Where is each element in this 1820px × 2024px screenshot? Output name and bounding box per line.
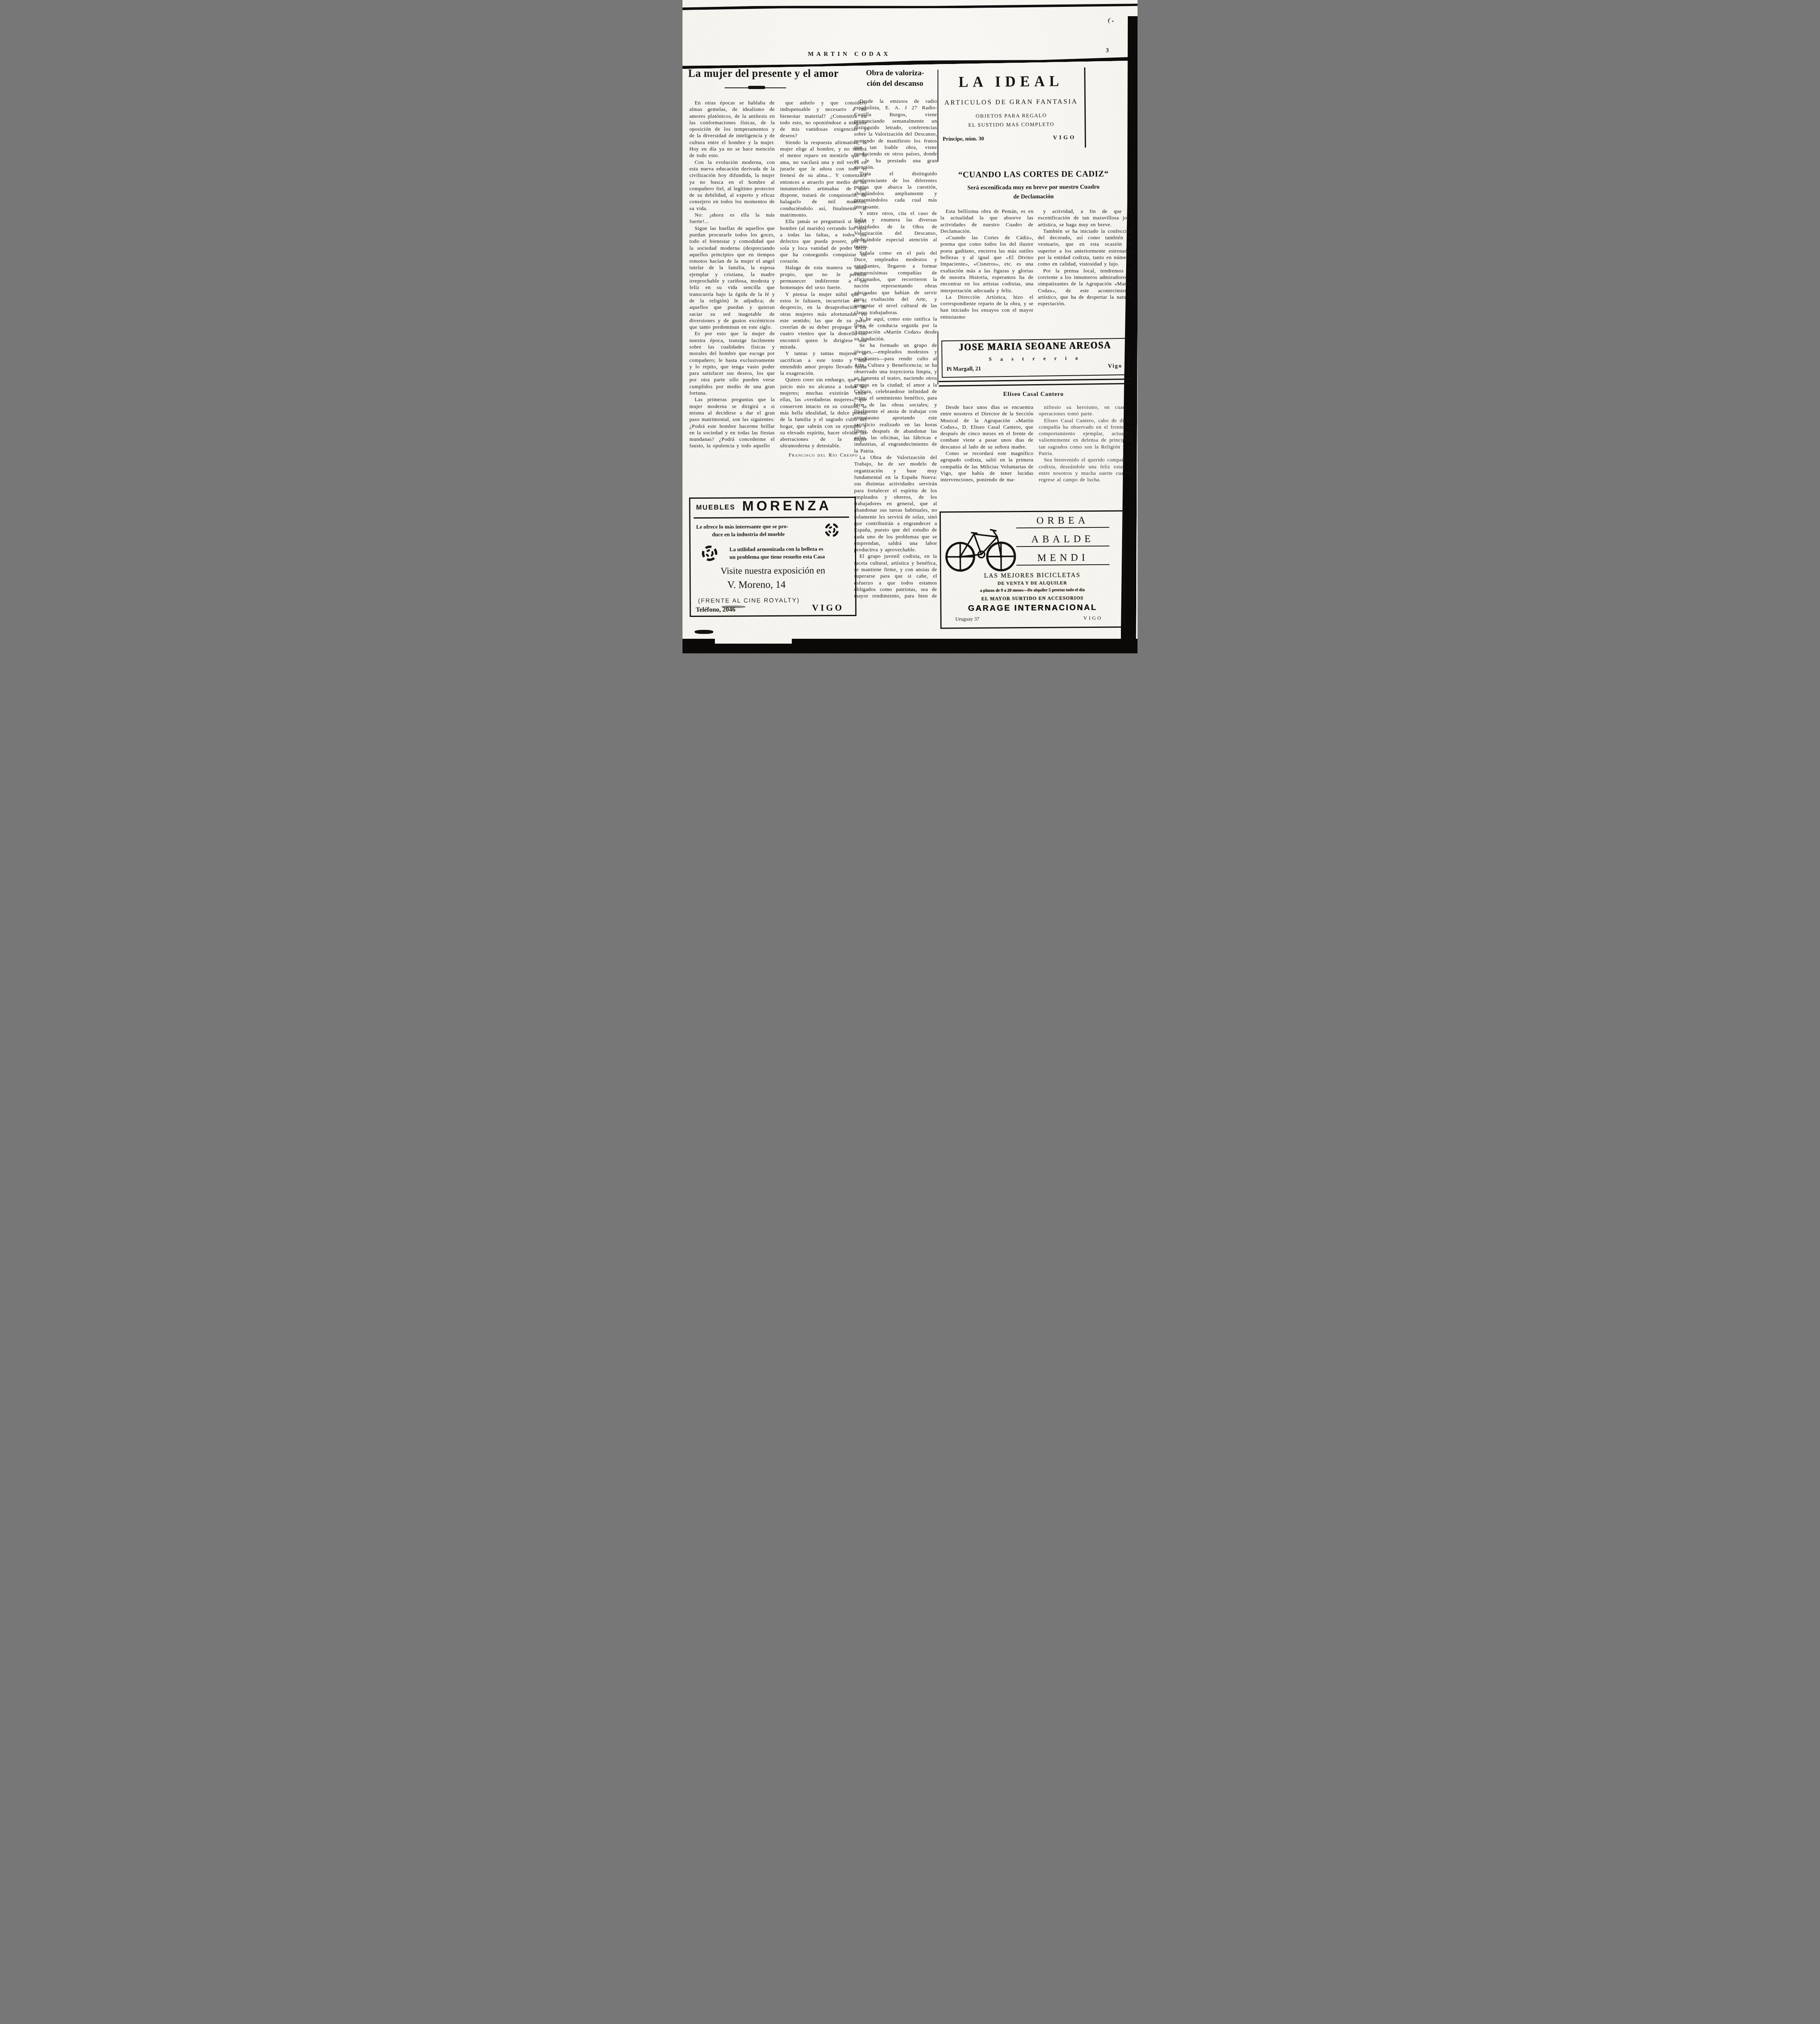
ad-morenza-visit-line: Visite nuestra exposición en: [691, 565, 855, 576]
ad-morenza-text2: La utilidad armonizada con la belleza es…: [729, 545, 851, 561]
paragraph: El grupo juvenil codixta, en la faceta c…: [854, 553, 937, 599]
paragraph: Y entre otros, cita el caso de Italia y …: [854, 210, 937, 250]
article-cortes-column-1: Esta bellísima obra de Pemán, es en la a…: [940, 208, 1033, 337]
paragraph: que anhelo y que considero indispensable…: [780, 100, 867, 139]
column-rule: [938, 70, 938, 162]
ad-morenza-note: (FRENTE AL CINE ROYALTY): [698, 597, 800, 604]
paragraph: nifiesto su heroismo, en cuantas operaci…: [1039, 404, 1132, 417]
ad-orbea-brand-3: MENDI: [1016, 552, 1110, 566]
ad-la-ideal-line2: OBJETOS PARA REGALO: [940, 112, 1082, 119]
article-mujer-title: La mujer del presente y el amor: [688, 67, 864, 80]
paragraph: La Dirección Artística, hizo el correspo…: [940, 294, 1033, 320]
title-line-1: Obra de valoriza-: [866, 69, 924, 77]
paragraph: Con la evolución moderna, con esta nueva…: [689, 159, 775, 212]
pen-mark: ❨•: [1106, 16, 1114, 25]
ad-la-ideal-city: VIGO: [1053, 135, 1076, 141]
article-eliseo-column-2: nifiesto su heroismo, en cuantas operaci…: [1039, 404, 1132, 509]
article-cortes-subtitle: Será escenificada muy en breve por nuest…: [938, 182, 1129, 202]
text-line: un problema que tiene resuelto esta Casa: [729, 553, 825, 560]
headline-divider-center: [748, 86, 765, 89]
bicycle-icon: [943, 518, 1016, 576]
paragraph: Sea bienvenido el querido compañero codi…: [1039, 457, 1132, 483]
ad-morenza-address-big: V. Moreno, 14: [691, 579, 822, 591]
paragraph: Halaga de esta manera su amor propio, qu…: [780, 264, 867, 291]
paragraph: Trata el distinguido conferenciante de l…: [854, 170, 937, 210]
paragraph: Esta bellísima obra de Pemán, es en la a…: [940, 208, 1033, 234]
ad-seoane: JOSE MARIA SEOANE AREOSA S a s t r e r i…: [941, 338, 1129, 378]
paragraph: Es por esto que la mujer de nuestra époc…: [689, 330, 775, 396]
article-mujer-column-2: que anhelo y que considero indispensable…: [780, 100, 867, 495]
ad-morenza-text1: Le ofrece lo más interesante que se pro-…: [696, 523, 801, 538]
paragraph: También se ha iniciado la confección del…: [1038, 228, 1132, 268]
paragraph: Ella jamás se preguntará si aquel hombre…: [780, 218, 867, 264]
ad-orbea-line4: EL MAYOR SURTIDO EN ACCESORIOS: [941, 595, 1123, 602]
article-descanso-column: Desde la emisora de radio españolista, E…: [854, 98, 937, 599]
scan-top-bar: [682, 3, 1137, 10]
paragraph: Desde la emisora de radio españolista, E…: [854, 98, 937, 170]
article-mujer-signature: Francisco del Río Crespo: [780, 452, 867, 458]
text-line: duce en la industria del mueble: [696, 530, 801, 538]
column-rule: [938, 331, 938, 385]
ink-blob: [695, 630, 713, 634]
subtitle-line-1: Será escenificada muy en breve por nuest…: [967, 184, 1100, 191]
article-mujer-column-1: En otras épocas se hablaba de almas geme…: [689, 100, 775, 494]
article-eliseo-title: Eliseo Casal Cantero: [938, 391, 1129, 398]
ad-orbea-city: VIGO: [1084, 615, 1103, 621]
ad-border: [1084, 67, 1086, 147]
ad-morenza-brand-big: MORENZA: [742, 498, 831, 514]
section-rule: [939, 383, 1132, 386]
ad-la-ideal-name: LA IDEAL: [940, 72, 1082, 91]
ad-orbea-line1: LAS MEJORES BICICLETAS: [941, 571, 1123, 580]
paragraph: Y he aquí, como esto ratifica la línea d…: [854, 316, 937, 342]
article-cortes-title: “CUANDO LAS CORTES DE CADIZ“: [938, 168, 1129, 180]
paragraph: Como se recordará este magnífico agrupad…: [940, 450, 1033, 483]
paragraph: Y tantas y tantas mujeres se sacrifican …: [780, 350, 867, 376]
title-line-2: ción del descanso: [867, 79, 923, 88]
ad-seoane-name: JOSE MARIA SEOANE AREOSA: [942, 339, 1127, 353]
ad-seoane-trade: S a s t r e r i a: [942, 354, 1128, 363]
ring-ornament-icon: [823, 521, 840, 540]
paragraph: Por la prensa local, tendremos al corrie…: [1038, 268, 1132, 307]
paragraph: Señala como en el país del Duce, emplead…: [854, 250, 937, 316]
paragraph: Las primeras preguntas que la mujer mode…: [689, 396, 775, 449]
ad-morenza-phone: Teléfono, 2046: [696, 606, 736, 614]
ad-seoane-address: Pi Margall, 21: [946, 366, 981, 373]
paragraph: Siendo la respuesta afirmativa, la mujer…: [780, 139, 867, 219]
ad-la-ideal-line1: ARTICULOS DE GRAN FANTASIA: [940, 97, 1082, 106]
subtitle-line-2: de Declamación: [1013, 193, 1054, 200]
paragraph: y actividad, a fin de que la escenificac…: [1038, 208, 1132, 228]
ad-la-ideal-line3: EL SUSTIDO MAS COMPLETO: [940, 121, 1082, 128]
paragraph: Se ha formado un grupo de jóvenes,—emple…: [854, 342, 937, 454]
scan-bottom-notch: [715, 639, 792, 644]
paragraph: Y piensa la mujer núbil que si estos le …: [780, 291, 867, 351]
article-cortes-column-2: y actividad, a fin de que la escenificac…: [1038, 208, 1132, 337]
article-eliseo-column-1: Desde hace unos días se encuentra entre …: [940, 404, 1033, 509]
paragraph: Sigue las huellas de aquellos que puedan…: [689, 225, 775, 331]
paragraph: «Cuando las Cortes de Cádiz», poema que …: [940, 234, 1033, 294]
ad-orbea-line3: a plazos de 9 a 20 meses—De alquiler 5 p…: [941, 587, 1123, 593]
text-line: La utilidad armonizada con la belleza es: [729, 546, 823, 552]
page-number: 3: [1106, 48, 1109, 54]
ad-orbea-line2: DE VENTA Y DE ALQUILER: [941, 580, 1123, 586]
paragraph: Quiero creer sin embargo, que este juici…: [780, 376, 867, 449]
ad-rule: [693, 517, 849, 519]
ad-orbea-brand-2: ABALDE: [1016, 534, 1109, 547]
masthead-title: MARTIN CODAX: [789, 51, 910, 58]
ad-orbea-brand-1: ORBEA: [1016, 515, 1109, 529]
paragraph: La Obra de Valorización del Trabajo, he …: [854, 454, 937, 553]
paragraph: En otras épocas se hablaba de almas geme…: [689, 100, 775, 159]
paragraph: Eliseo Casal Cantero, cabo de dicha comp…: [1039, 417, 1132, 457]
ad-la-ideal-address: Príncipe, núm. 30: [943, 136, 984, 142]
newspaper-page: ❨• MARTIN CODAX 3 La mujer del presente …: [682, 0, 1137, 653]
ad-orbea-garage-name: GARAGE INTERNACIONAL: [942, 603, 1124, 613]
ad-la-ideal: LA IDEAL ARTICULOS DE GRAN FANTASIA OBJE…: [940, 66, 1086, 149]
ad-morenza-brand-small: MUEBLES: [696, 503, 735, 512]
ad-orbea-address: Uruguay 37: [955, 616, 979, 622]
section-rule: [939, 378, 1132, 382]
ad-morenza: MUEBLES MORENZA Le ofrece lo más interes…: [689, 497, 857, 617]
article-descanso-title: Obra de valoriza- ción del descanso: [853, 68, 938, 89]
paragraph: No: ¡ahora es ella la más fuerte!...: [689, 212, 775, 225]
ad-orbea: ORBEA ABALDE MENDI LAS MEJORES BICICLETA…: [940, 510, 1125, 629]
ring-ornament-icon: [700, 544, 719, 565]
text-line: Le ofrece lo más interesante que se pro-: [696, 523, 789, 530]
ad-morenza-city: VIGO: [812, 602, 844, 613]
ad-seoane-city: Vigo: [1108, 363, 1123, 370]
paragraph: Desde hace unos días se encuentra entre …: [940, 404, 1033, 450]
